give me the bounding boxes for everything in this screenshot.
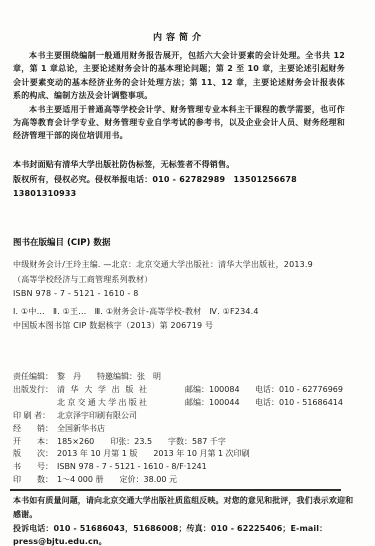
colophon-row-book-number: 书 号：ISBN 978 - 7 - 5121 - 1610 - 8/F·124… — [13, 461, 345, 474]
scan-artifact — [186, 529, 191, 532]
cip-series-title: （高等学校经济与工商管理系列教材） — [13, 273, 345, 288]
distributor-label: 经 销： — [13, 423, 57, 436]
cip-description: 中级财务会计/王玲主编. —北京：北京交通大学出版社：清华大学出版社，2013.… — [13, 258, 345, 273]
colophon-row-distributor: 经 销：全国新华书店 — [13, 423, 345, 436]
publisher-2-name: 北京交通大学出版社 — [57, 397, 147, 410]
rights-hotline-line: 版权所有，侵权必究。侵权举报电话：010 - 62782989 13501256… — [13, 173, 345, 202]
content-summary-paragraph-1: 本书主要围绕编制一般通用财务报告展开，包括六大会计要素的会计处理。全书共 12 … — [13, 49, 345, 103]
quality-note-line-2: 投诉电话：010 - 51686043，51686008；传真：010 - 62… — [13, 522, 359, 546]
cip-isbn: ISBN 978 - 7 - 5121 - 1610 - 8 — [13, 287, 345, 302]
print-run-label: 印 数： — [13, 474, 57, 487]
book-copyright-page: 内容简介 本书主要围绕编制一般通用财务报告展开，包括六大会计要素的会计处理。全书… — [0, 0, 375, 546]
content-summary-paragraph-2: 本书主要适用于普通高等学校会计学、财务管理专业本科主干课程的教学需要，也可作为高… — [13, 103, 345, 143]
publisher-label: 出版发行： — [13, 384, 57, 397]
publisher-2-tel: 电话：010 - 51686414 — [255, 398, 343, 407]
content-summary-title: 内容简介 — [13, 30, 345, 43]
cip-data-section: 图书在版编目 (CIP) 数据 中级财务会计/王玲主编. —北京：北京交通大学出… — [13, 236, 345, 334]
editors-label: 责任编辑： — [13, 371, 57, 384]
copyright-warning-section: 本书封面贴有清华大学出版社防伪标签，无标签者不得销售。 版权所有，侵权必究。侵权… — [13, 158, 345, 202]
book-number-label: 书 号： — [13, 461, 57, 474]
colophon-section: 责任编辑：黎 丹 特邀编辑：张 明 出版发行：清华大学出版社邮编：100084电… — [13, 371, 345, 487]
book-number-value: ISBN 978 - 7 - 5121 - 1610 - 8/F·1241 — [57, 462, 207, 471]
divider-rule — [10, 489, 341, 491]
publisher-1-zip: 邮编：100084 — [185, 384, 255, 397]
editors-value: 黎 丹 特邀编辑：张 明 — [57, 372, 161, 381]
colophon-row-publisher-2: 北京交通大学出版社邮编：100044电话：010 - 51686414 — [13, 397, 345, 410]
printer-label: 印 刷 者： — [13, 410, 57, 423]
cip-record-number: 中国版本图书馆 CIP 数据核字（2013）第 206719 号 — [13, 319, 345, 334]
publisher-2-zip: 邮编：100044 — [185, 397, 255, 410]
antipiracy-label-line: 本书封面贴有清华大学出版社防伪标签，无标签者不得销售。 — [13, 158, 345, 173]
format-value: 185×260 印张：23.5 字数：587 千字 — [57, 437, 226, 446]
edition-label: 版 次： — [13, 448, 57, 461]
colophon-row-format: 开 本：185×260 印张：23.5 字数：587 千字 — [13, 436, 345, 449]
publisher-1-tel: 电话：010 - 62776969 — [255, 385, 343, 394]
publisher-1-name: 清华大学出版社 — [57, 384, 147, 397]
content-summary-section: 内容简介 本书主要围绕编制一般通用财务报告展开，包括六大会计要素的会计处理。全书… — [13, 30, 345, 143]
quality-note-line-1: 本书如有质量问题，请向北京交通大学出版社质监组反映。对您的意见和批评，我们表示欢… — [13, 494, 359, 522]
printer-value: 北京泽宇印刷有限公司 — [57, 411, 137, 420]
colophon-row-print-run: 印 数：1～4 000 册 定价：38.00 元 — [13, 474, 345, 487]
cip-heading: 图书在版编目 (CIP) 数据 — [13, 236, 345, 248]
cip-classification: Ⅰ. ①中… Ⅱ. ①王… Ⅲ. ①财务会计-高等学校-教材 Ⅳ. ①F234.… — [13, 305, 345, 320]
print-run-value: 1～4 000 册 定价：38.00 元 — [57, 475, 177, 484]
distributor-value: 全国新华书店 — [57, 424, 105, 433]
colophon-row-edition: 版 次：2013 年 10 月第 1 版 2013 年 10 月第 1 次印刷 — [13, 448, 345, 461]
colophon-row-editors: 责任编辑：黎 丹 特邀编辑：张 明 — [13, 371, 345, 384]
edition-value: 2013 年 10 月第 1 版 2013 年 10 月第 1 次印刷 — [57, 449, 250, 458]
quality-note-section: 本书如有质量问题，请向北京交通大学出版社质监组反映。对您的意见和批评，我们表示欢… — [13, 494, 359, 546]
colophon-row-publisher-1: 出版发行：清华大学出版社邮编：100084电话：010 - 62776969 — [13, 384, 345, 397]
colophon-row-printer: 印 刷 者：北京泽宇印刷有限公司 — [13, 410, 345, 423]
format-label: 开 本： — [13, 436, 57, 449]
